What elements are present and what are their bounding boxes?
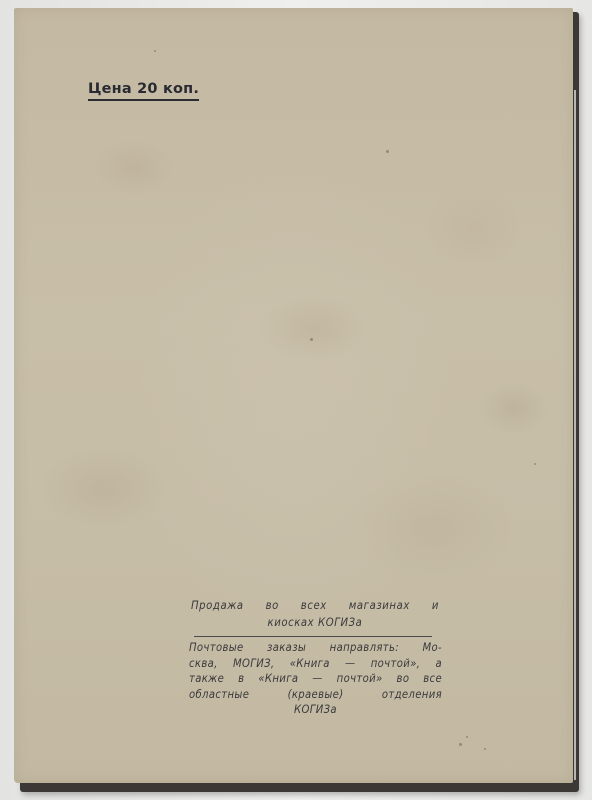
sale-word: Продажа <box>191 598 244 614</box>
sale-word: во <box>266 598 279 614</box>
sale-word: и <box>432 598 439 614</box>
sale-notice-line-1: Продажа во всех магазинах и <box>191 598 439 614</box>
paper-speck <box>310 338 313 341</box>
sale-word: всех <box>301 598 327 614</box>
booklet-back-cover: Цена 20 коп. Продажа во всех магазинах и… <box>14 8 573 783</box>
booklet-page-edge-highlight <box>574 90 576 780</box>
paper-speck <box>484 748 486 750</box>
mail-order-line: КОГИЗа <box>189 702 442 718</box>
mail-order-line: сква, МОГИЗ, «Книга — почтой», а <box>189 656 442 672</box>
publisher-imprint: Продажа во всех магазинах и киосках КОГИ… <box>179 598 433 718</box>
paper-speck <box>154 50 156 52</box>
sale-word: магазинах <box>349 598 410 614</box>
imprint-divider <box>194 636 432 637</box>
mail-order-line: Почтовые заказы направлять: Мо- <box>189 640 442 656</box>
mail-order-notice: Почтовые заказы направлять: Мо- сква, МО… <box>189 640 442 718</box>
paper-speck <box>466 736 468 738</box>
price-label: Цена 20 коп. <box>88 81 199 101</box>
paper-speck <box>534 463 536 465</box>
paper-speck <box>459 743 462 746</box>
mail-order-line: также в «Книга — почтой» во все <box>189 671 442 687</box>
sale-notice-line-2: киосках КОГИЗа <box>191 615 439 631</box>
mail-order-line: областные (краевые) отделения <box>189 687 442 703</box>
paper-speck <box>386 150 389 153</box>
